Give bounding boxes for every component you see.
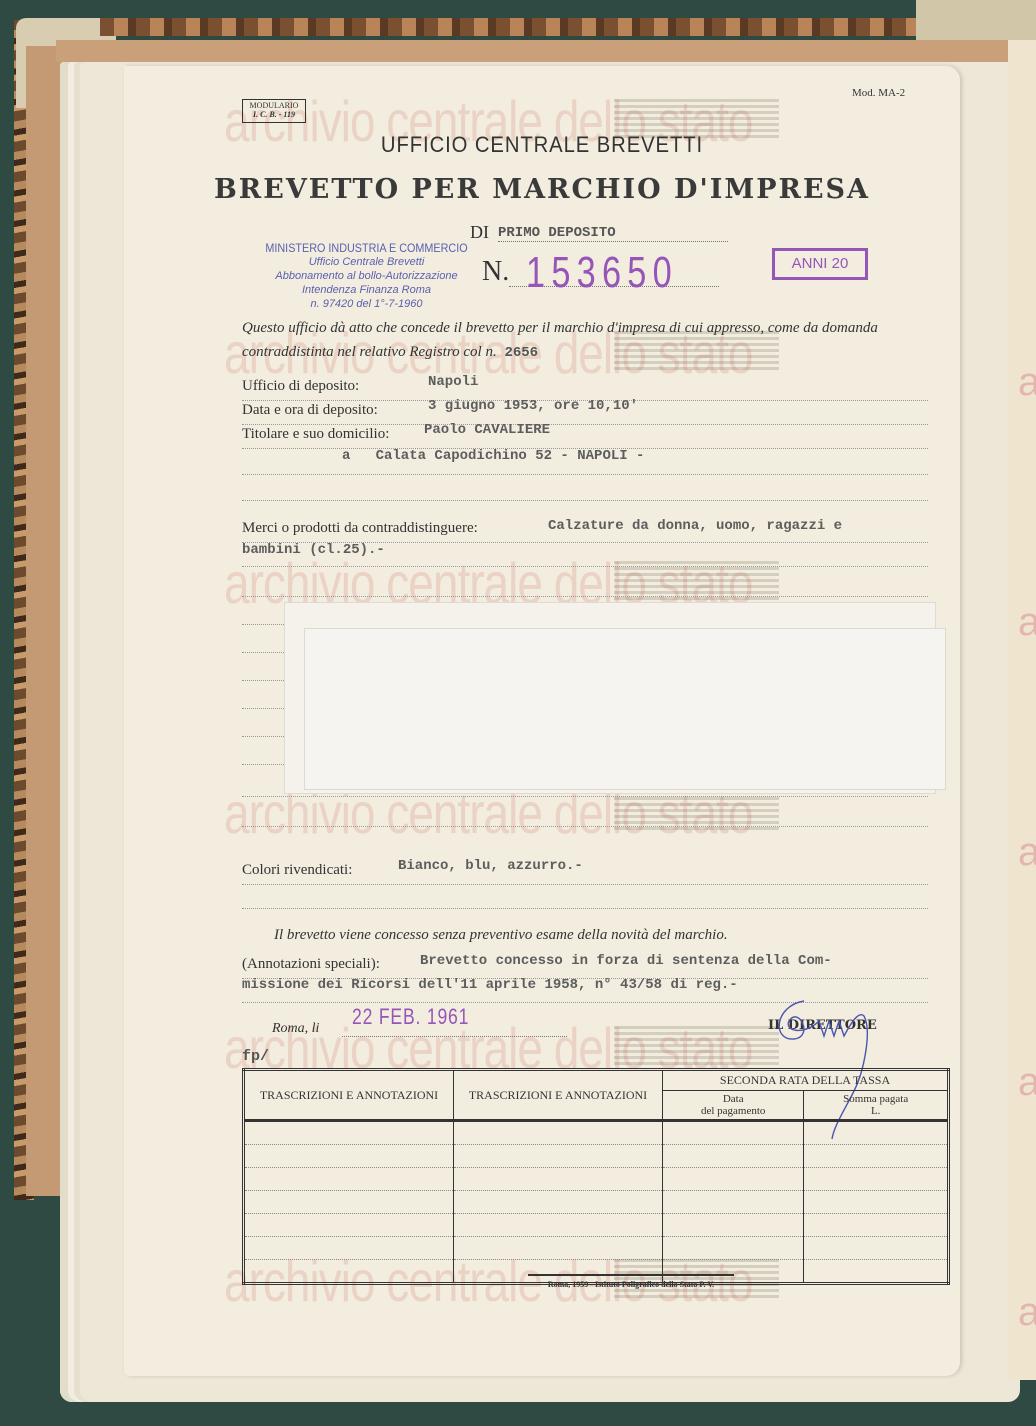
col-seconda-rata: SECONDA RATA DELLA TASSA [663,1070,949,1091]
colori-value: Bianco, blu, azzurro.- [398,858,583,874]
field-colori: Colori rivendicati: Bianco, blu, azzurro… [242,862,928,885]
annotazioni-line-2: missione dei Ricorsi dell'11 aprile 1958… [242,977,738,993]
domicilio-value: a Calata Capodichino 52 - NAPOLI - [342,448,644,464]
patent-document: archivio centrale dello stato archivio c… [124,66,960,1376]
binder-cloth-right [916,0,1036,40]
table-row [244,1168,949,1191]
novelty-note: Il brevetto viene concesso senza prevent… [274,927,728,944]
table-row [244,1121,949,1145]
col-data-pagamento: Data del pagamento [663,1091,804,1121]
blank-line [242,500,928,501]
di-label: DI [470,222,489,243]
duration-stamp: ANNI 20 [772,248,868,280]
data-value: 3 giugno 1953, ore 10,10' [428,398,638,414]
table-row [244,1145,949,1168]
modulario-box: MODULARIO I. C. B. - 119 [242,99,306,123]
patent-number-stamp: 153650 [526,248,678,298]
field-data-deposito: Data e ora di deposito: 3 giugno 1953, o… [242,402,928,425]
table-row [244,1237,949,1260]
intro-paragraph: Questo ufficio dà atto che concede il br… [242,316,932,365]
printer-imprint: Roma, 1959 - Istituto Poligrafico dello … [528,1280,734,1289]
annotazioni-line-1: Brevetto concesso in forza di sentenza d… [420,953,832,969]
binder-top-edge [100,18,1000,36]
field-merci-cont: bambini (cl.25).- [242,544,928,567]
merci-value-2: bambini (cl.25).- [242,542,385,558]
next-page-edge: ar ar ar ar ar [1008,40,1036,1380]
table-row [244,1214,949,1237]
clerk-initials: fp/ [242,1048,269,1065]
merci-value-1: Calzature da donna, uomo, ragazzi e [548,518,842,534]
issue-date-stamp: 22 FEB. 1961 [352,1004,469,1030]
deposit-type: PRIMO DEPOSITO [498,225,728,242]
model-reference: Mod. MA-2 [852,87,905,99]
table-row [244,1191,949,1214]
folder-flap [56,40,1036,62]
footer-rule [528,1274,734,1276]
place-label: Roma, li [272,1021,319,1037]
field-merci: Merci o prodotti da contraddistinguere: … [242,520,928,543]
col-trascrizioni-1: TRASCRIZIONI E ANNOTAZIONI [244,1070,454,1121]
number-label: N. [482,256,509,288]
document-title: BREVETTO PER MARCHIO D'IMPRESA [124,174,960,205]
field-titolare: Titolare e suo domicilio: Paolo CAVALIER… [242,426,928,449]
field-annotazioni: (Annotazioni speciali): Brevetto concess… [242,956,928,979]
ministry-stamp: MINISTERO INDUSTRIA E COMMERCIO Ufficio … [254,241,479,311]
col-somma-pagata: Somma pagata L. [804,1091,949,1121]
register-table: TRASCRIZIONI E ANNOTAZIONI TRASCRIZIONI … [242,1068,950,1285]
registry-number: 2656 [504,345,538,361]
field-domicilio: a Calata Capodichino 52 - NAPOLI - [242,452,928,475]
office-title: UFFICIO CENTRALE BREVETTI [157,132,926,158]
watermark-barcode [614,1025,779,1065]
pasted-trademark-specimen [304,628,946,790]
titolare-value: Paolo CAVALIERE [424,422,550,438]
ufficio-value: Napoli [428,374,478,390]
col-trascrizioni-2: TRASCRIZIONI E ANNOTAZIONI [454,1070,663,1121]
